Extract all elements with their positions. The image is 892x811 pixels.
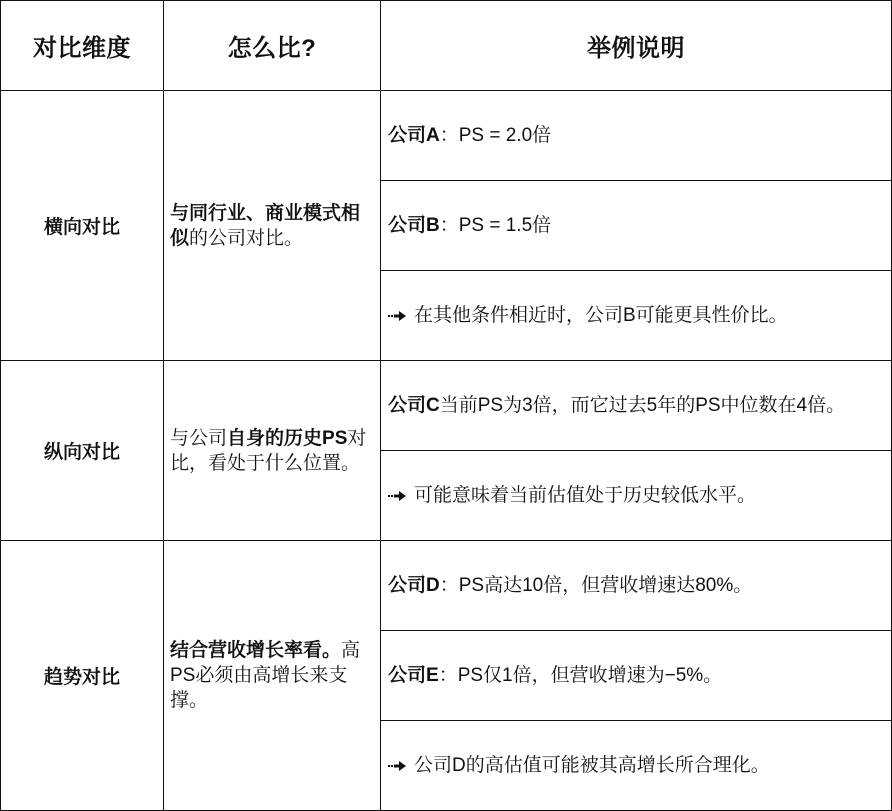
example-conclusion: 公司D的高估值可能被其高增长所合理化。 <box>380 720 892 811</box>
example-company-c: 公司C当前PS为3倍，而它过去5年的PS中位数在4倍。 <box>380 360 892 451</box>
example-conclusion: 可能意味着当前估值处于历史较低水平。 <box>380 450 892 541</box>
example-company-e: 公司E：PS仅1倍，但营收增速为−5%。 <box>380 630 892 721</box>
row-trend-how: 结合营收增长率看。高PS必须由高增长来支撑。 <box>163 540 381 811</box>
row-vertical-how: 与公司自身的历史PS对比，看处于什么位置。 <box>163 360 381 541</box>
row-horizontal-how: 与同行业、商业模式相似的公司对比。 <box>163 90 381 361</box>
dashed-arrow-icon <box>388 491 406 501</box>
example-text: 当前PS为3倍，而它过去5年的PS中位数在4倍。 <box>440 395 845 416</box>
example-text: ：PS仅1倍，但营收增速为−5%。 <box>439 665 722 686</box>
company-name: 公司C <box>388 395 440 416</box>
company-name: 公司D <box>388 575 440 596</box>
company-name: 公司B <box>388 215 440 236</box>
how-bold: 结合营收增长率看。 <box>170 640 341 661</box>
row-vertical-dimension: 纵向对比 <box>0 360 164 541</box>
example-text: ：PS = 2.0倍 <box>440 125 551 146</box>
example-text: ：PS高达10倍，但营收增速达80%。 <box>440 575 753 596</box>
example-company-d: 公司D：PS高达10倍，但营收增速达80%。 <box>380 540 892 631</box>
how-text: 的公司对比。 <box>189 228 303 249</box>
dashed-arrow-icon <box>388 761 406 771</box>
example-text: ：PS = 1.5倍 <box>440 215 551 236</box>
company-name: 公司E <box>388 665 439 686</box>
how-bold: 自身的历史PS <box>227 428 347 449</box>
company-name: 公司A <box>388 125 440 146</box>
comparison-table: 对比维度 怎么比? 举例说明 横向对比 与同行业、商业模式相似的公司对比。 公司… <box>0 0 892 811</box>
example-text: 可能意味着当前估值处于历史较低水平。 <box>414 483 756 508</box>
example-company-a: 公司A：PS = 2.0倍 <box>380 90 892 181</box>
header-dimension: 对比维度 <box>0 0 164 91</box>
dashed-arrow-icon <box>388 311 406 321</box>
example-company-b: 公司B：PS = 1.5倍 <box>380 180 892 271</box>
header-how: 怎么比? <box>163 0 381 91</box>
row-horizontal-dimension: 横向对比 <box>0 90 164 361</box>
example-text: 在其他条件相近时，公司B可能更具性价比。 <box>414 303 788 328</box>
how-text: 与公司 <box>170 428 227 449</box>
row-trend-dimension: 趋势对比 <box>0 540 164 811</box>
header-examples: 举例说明 <box>380 0 892 91</box>
example-conclusion: 在其他条件相近时，公司B可能更具性价比。 <box>380 270 892 361</box>
example-text: 公司D的高估值可能被其高增长所合理化。 <box>414 753 770 778</box>
